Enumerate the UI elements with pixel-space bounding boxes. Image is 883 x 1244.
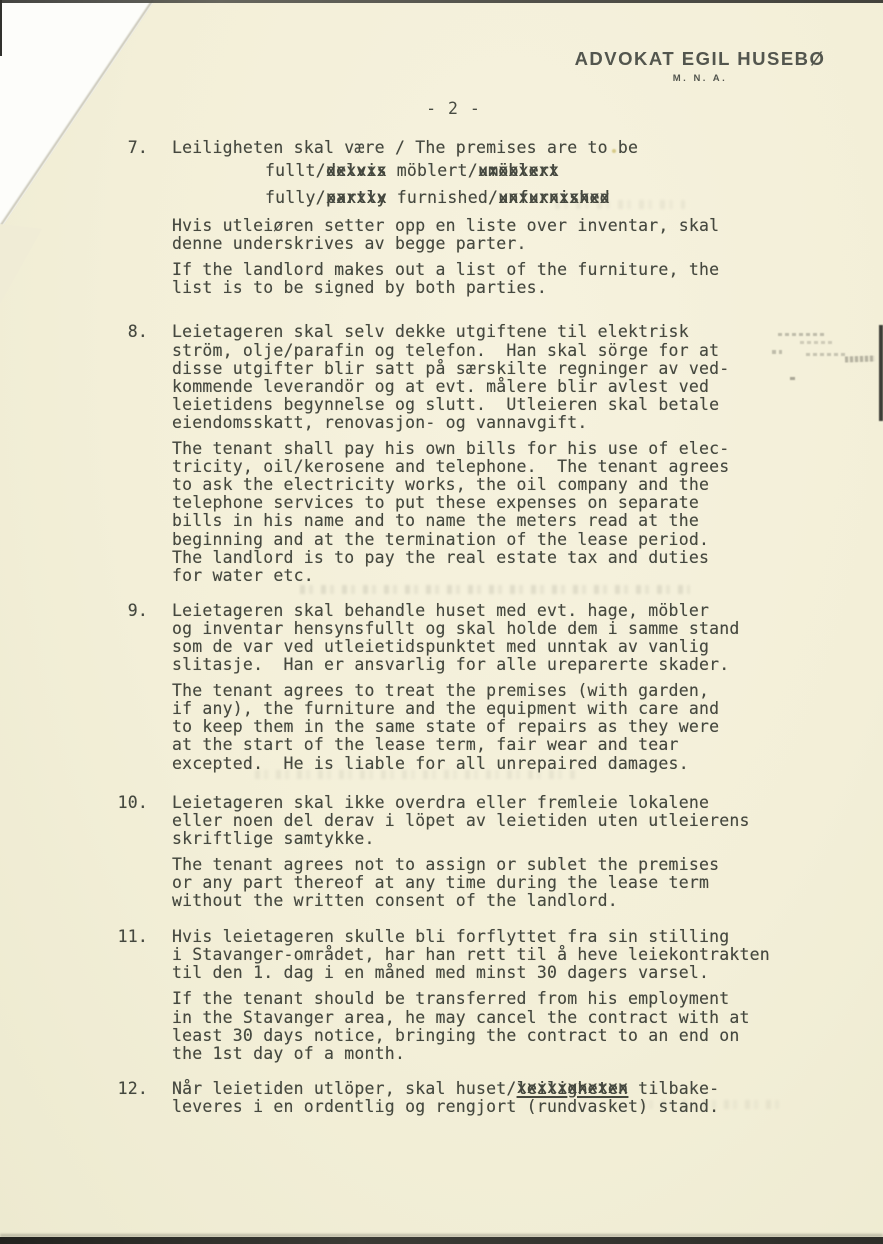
text-segment: fully/ — [265, 188, 326, 207]
struck-out-text: partly — [326, 184, 387, 211]
clause-10: 10. Leietageren skal ikke overdra eller … — [108, 794, 828, 919]
clause-content: Når leietiden utlöper, skal huset/leilig… — [172, 1080, 828, 1124]
text-line: Når leietiden utlöper, skal huset/leilig… — [172, 1080, 828, 1098]
clause-number: 9. — [108, 602, 148, 781]
struck-out-text: leiligheten — [517, 1080, 628, 1098]
clause-content: Leietageren skal selv dekke utgiftene ti… — [172, 323, 828, 592]
struck-out-text: unfurnished — [498, 184, 609, 211]
clause-number: 8. — [108, 323, 148, 592]
clause-number: 7. — [108, 139, 148, 305]
clause-9: 9. Leietageren skal behandle huset med e… — [108, 602, 828, 781]
struck-out-text: delvis — [326, 157, 387, 184]
page-number: - 2 - — [12, 99, 883, 118]
paragraph-norwegian: Når leietiden utlöper, skal huset/leilig… — [172, 1080, 828, 1116]
letterhead: ADVOKAT EGIL HUSEBØ M. N. A. — [558, 48, 842, 84]
paragraph-norwegian: Leietageren skal behandle huset med evt.… — [172, 602, 828, 674]
scan-edge-top — [0, 0, 883, 3]
text-segment: tilbake- — [628, 1079, 719, 1098]
scan-edge-right — [879, 325, 883, 421]
clause-11: 11. Hvis leietageren skulle bli forflytt… — [108, 928, 828, 1071]
text-segment: leveres i en ordentlig og rengjort (rund… — [172, 1097, 719, 1116]
clause-content: Leietageren skal behandle huset med evt.… — [172, 602, 828, 781]
letterhead-name: ADVOKAT EGIL HUSEBØ — [558, 48, 842, 70]
clause-8: 8. Leietageren skal selv dekke utgiftene… — [108, 323, 828, 592]
contract-body: 7. Leiligheten skal være / The premises … — [108, 139, 828, 1124]
clause-12: 12. Når leietiden utlöper, skal huset/le… — [108, 1080, 828, 1124]
scan-edge-left — [0, 0, 2, 56]
text-segment: furnished/ — [387, 188, 498, 207]
paragraph-english: The tenant shall pay his own bills for h… — [172, 440, 828, 585]
paragraph-norwegian: Hvis utleiøren setter opp en liste over … — [172, 217, 828, 253]
clause-content: Leiligheten skal være / The premises are… — [172, 139, 828, 305]
scan-edge-bottom — [0, 1237, 883, 1244]
paragraph-english: If the landlord makes out a list of the … — [172, 261, 828, 297]
paragraph-english: If the tenant should be transferred from… — [172, 990, 828, 1062]
letterhead-credential: M. N. A. — [558, 73, 842, 84]
clause-number: 12. — [108, 1080, 148, 1124]
paragraph-norwegian: Leietageren skal selv dekke utgiftene ti… — [172, 323, 828, 432]
paragraph-norwegian: Hvis leietageren skulle bli forflyttet f… — [172, 928, 828, 982]
paragraph-english: The tenant agrees not to assign or suble… — [172, 856, 828, 910]
clause-number: 10. — [108, 794, 148, 919]
paragraph-english: The tenant agrees to treat the premises … — [172, 682, 828, 772]
clause-heading: Leiligheten skal være / The premises are… — [172, 139, 828, 157]
clause-content: Hvis leietageren skulle bli forflyttet f… — [172, 928, 828, 1071]
clause-number: 11. — [108, 928, 148, 1071]
clause-content: Leietageren skal ikke overdra eller frem… — [172, 794, 828, 919]
text-line: fully/partly furnished/unfurnished — [265, 184, 828, 211]
clause-7: 7. Leiligheten skal være / The premises … — [108, 139, 828, 305]
pencil-mark — [845, 355, 875, 362]
text-segment: fullt/ — [265, 161, 326, 180]
paragraph-norwegian: Leietageren skal ikke overdra eller frem… — [172, 794, 828, 848]
struck-out-text: umöblert — [478, 157, 559, 184]
text-line: leveres i en ordentlig og rengjort (rund… — [172, 1098, 828, 1116]
text-segment: Når leietiden utlöper, skal huset/ — [172, 1079, 517, 1098]
furnishing-options: fullt/delvis möblert/umöblertfully/partl… — [172, 157, 828, 211]
text-segment: möblert/ — [387, 161, 478, 180]
text-line: fullt/delvis möblert/umöblert — [265, 157, 828, 184]
document-scan: { "colors":{"paper":"#f3efd8","ink":"#45… — [0, 0, 883, 1244]
